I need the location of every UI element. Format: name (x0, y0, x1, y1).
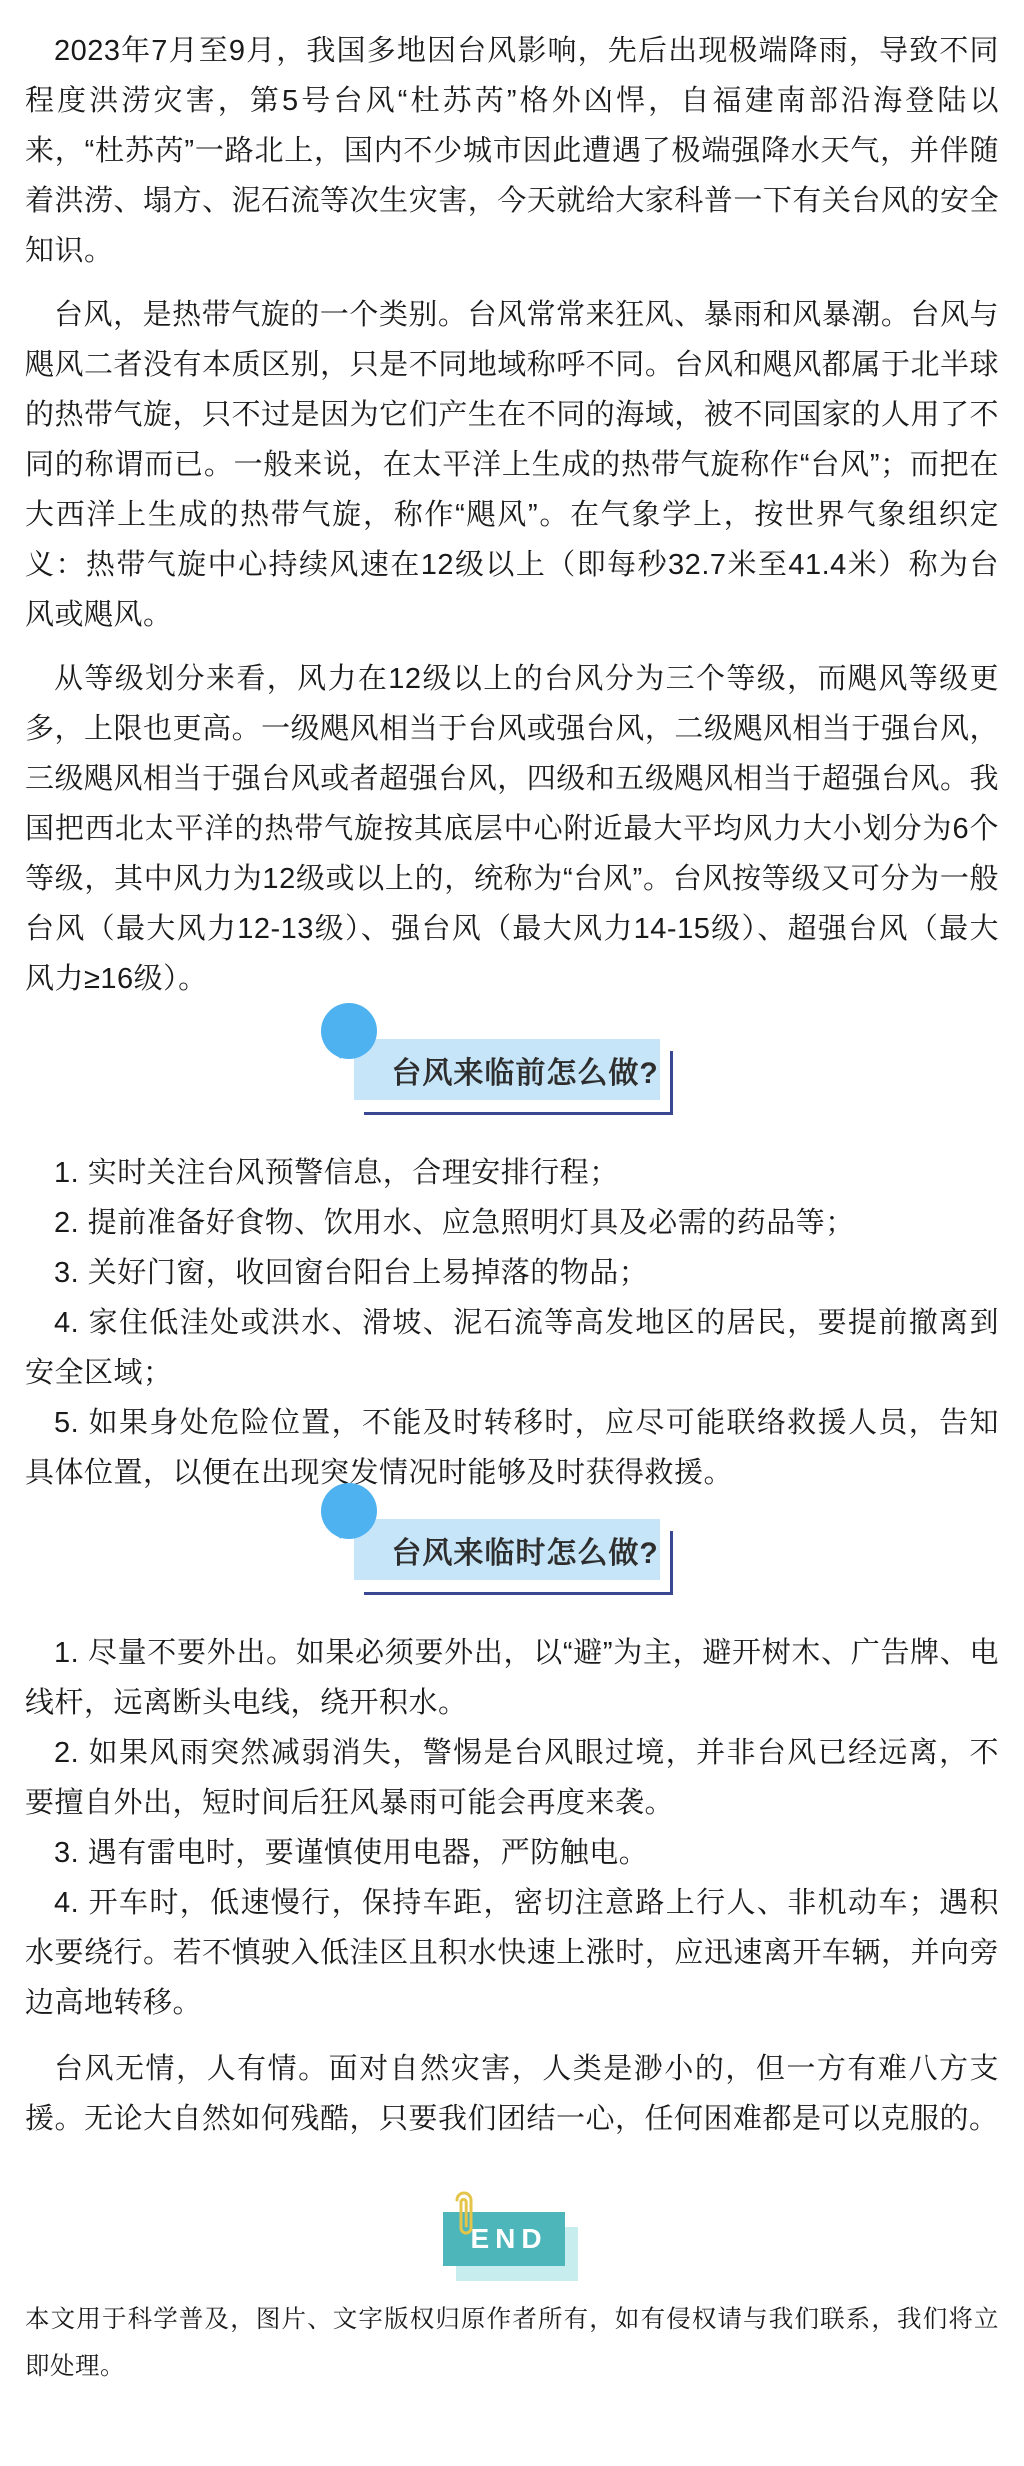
paperclip-icon (448, 2186, 480, 2242)
paragraph-intro: 2023年7月至9月，我国多地因台风影响，先后出现极端降雨，导致不同程度洪涝灾害… (25, 26, 999, 276)
list-item: 5. 如果身处危险位置，不能及时转移时，应尽可能联络救援人员，告知具体位置，以便… (25, 1398, 999, 1498)
list-item: 3. 关好门窗，收回窗台阳台上易掉落的物品； (25, 1248, 999, 1298)
list-item: 4. 开车时，低速慢行，保持车距，密切注意路上行人、非机动车；遇积水要绕行。若不… (25, 1878, 999, 2028)
section-header-before-typhoon: 台风来临前怎么做? (25, 1018, 999, 1148)
paragraph-closing: 台风无情，人有情。面对自然灾害，人类是渺小的，但一方有难八方支援。无论大自然如何… (25, 2044, 999, 2144)
paragraph-typhoon-definition: 台风，是热带气旋的一个类别。台风常常来狂风、暴雨和风暴潮。台风与飓风二者没有本质… (25, 290, 999, 640)
paragraph-typhoon-grades: 从等级划分来看，风力在12级以上的台风分为三个等级，而飓风等级更多，上限也更高。… (25, 654, 999, 1004)
article-content: 2023年7月至9月，我国多地因台风影响，先后出现极端降雨，导致不同程度洪涝灾害… (0, 26, 1024, 2390)
end-badge: END (25, 2144, 999, 2296)
list-item: 2. 提前准备好食物、饮用水、应急照明灯具及必需的药品等； (25, 1198, 999, 1248)
list-item: 4. 家住低洼处或洪水、滑坡、泥石流等高发地区的居民，要提前撤离到安全区域； (25, 1298, 999, 1398)
list-item: 2. 如果风雨突然减弱消失，警惕是台风眼过境，并非台风已经远离，不要擅自外出，短… (25, 1728, 999, 1828)
speech-bubble-icon (321, 1483, 377, 1539)
section-title-box: 台风来临前怎么做? (354, 1039, 660, 1100)
list-item: 1. 实时关注台风预警信息，合理安排行程； (25, 1148, 999, 1198)
footer-disclaimer: 本文用于科学普及，图片、文字版权归原作者所有，如有侵权请与我们联系，我们将立即处… (25, 2296, 999, 2390)
section-title-box: 台风来临时怎么做? (354, 1519, 660, 1580)
section-title: 台风来临时怎么做? (355, 1528, 658, 1572)
section-title: 台风来临前怎么做? (355, 1048, 658, 1092)
list-item: 1. 尽量不要外出。如果必须要外出，以“避”为主，避开树木、广告牌、电线杆，远离… (25, 1628, 999, 1728)
section-header-during-typhoon: 台风来临时怎么做? (25, 1498, 999, 1628)
list-item: 3. 遇有雷电时，要谨慎使用电器，严防触电。 (25, 1828, 999, 1878)
speech-bubble-icon (321, 1003, 377, 1059)
article-page: 2023年7月至9月，我国多地因台风影响，先后出现极端降雨，导致不同程度洪涝灾害… (0, 26, 1024, 2466)
